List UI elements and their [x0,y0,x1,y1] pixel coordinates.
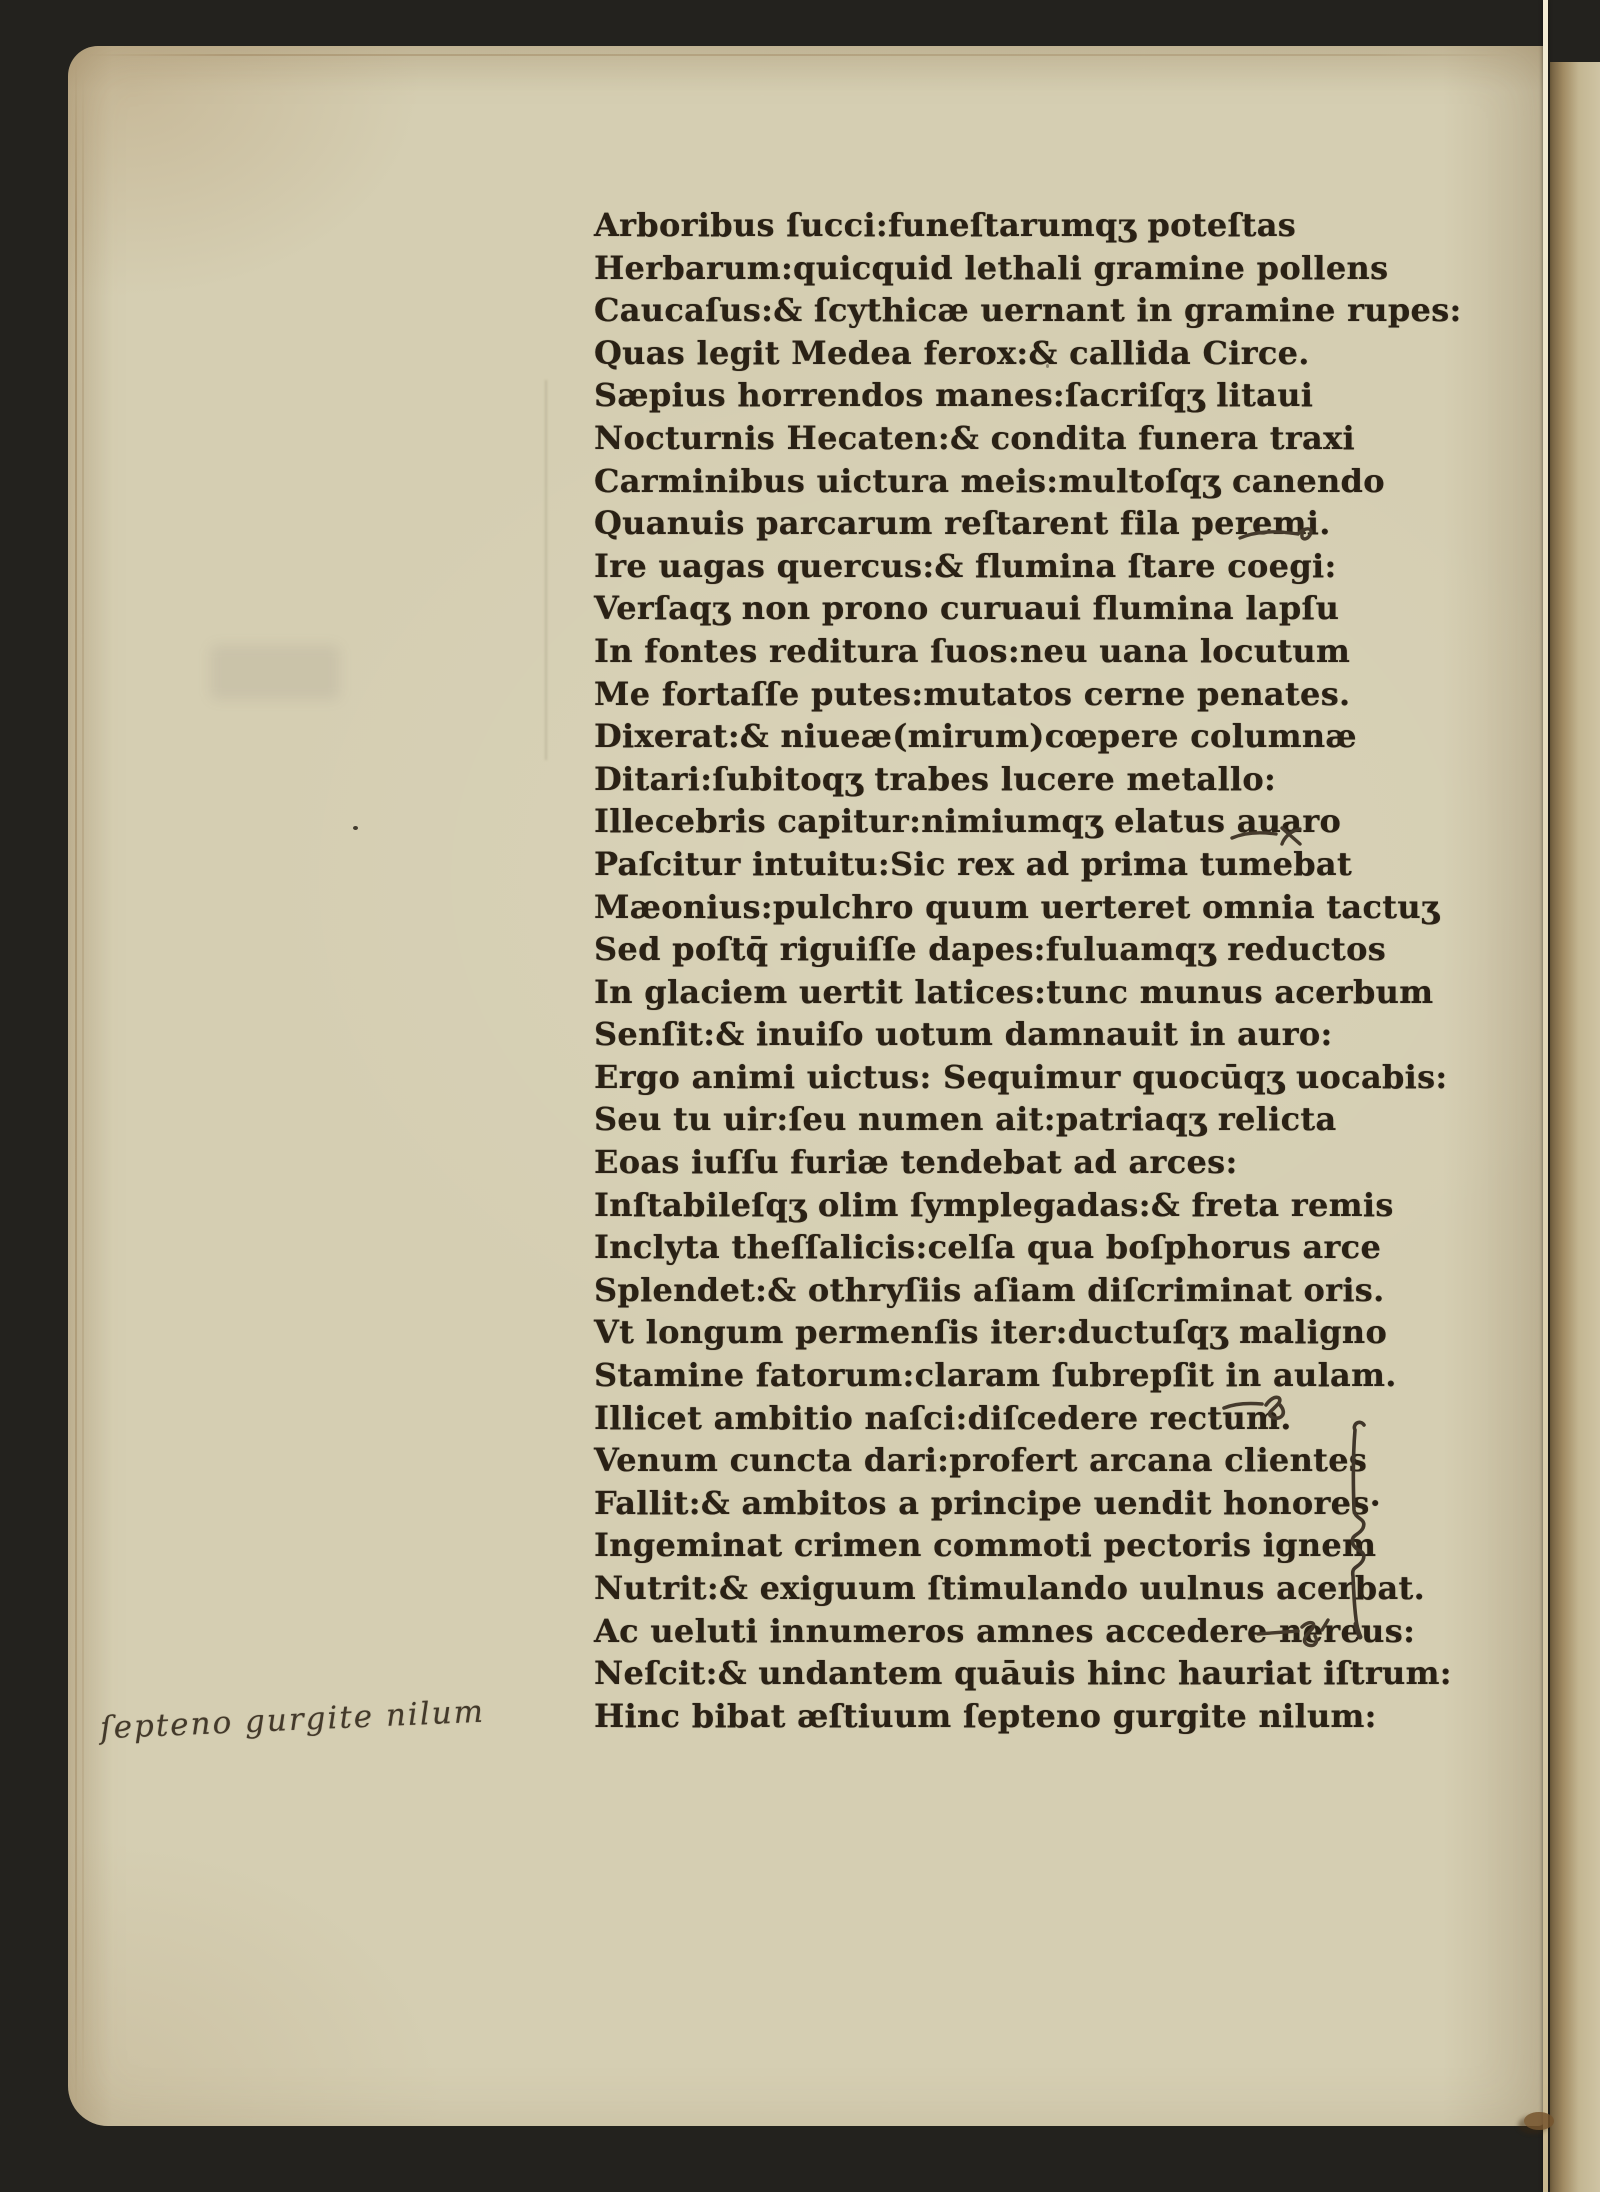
printed-text-line: Arboribus ſucci:funeſtarumqʒ poteſtas [594,204,1364,247]
printed-text-line: Hinc bibat æſtiuum ſepteno gurgite nilum… [594,1695,1364,1738]
printed-text-line: Caucaſus:& ſcythicæ uernant in gramine r… [594,289,1364,332]
ink-showthrough [210,645,340,700]
printed-text-line: Sed poſtq̄ riguiſſe dapes:fuluamqʒ reduc… [594,928,1364,971]
printed-text-line: Ingeminat crimen commoti pectoris ignem [594,1524,1364,1567]
printed-text-block: Arboribus ſucci:funeſtarumqʒ poteſtasHer… [594,204,1364,1737]
sheet-edge-line [86,54,1516,56]
printed-text-line: Me fortaſſe putes:mutatos cerne penates. [594,673,1364,716]
printed-text-line: Ac ueluti innumeros amnes accedere nereu… [594,1610,1364,1653]
spine-glue-spot [1524,2112,1554,2130]
printed-text-line: Nocturnis Hecaten:& condita funera traxi [594,417,1364,460]
printed-text-line: Splendet:& othryſiis aſiam diſcriminat o… [594,1269,1364,1312]
adjacent-page-edge [1550,62,1600,2192]
printed-text-line: In fontes reditura ſuos:neu uana locutum [594,630,1364,673]
printed-text-line: Ditari:ſubitoqʒ trabes lucere metallo: [594,758,1364,801]
ink-speck [353,826,358,830]
printed-text-line: Ergo animi uictus: Sequimur quocūqʒ uoca… [594,1056,1364,1099]
printed-text-line: Inclyta theſſalicis:celſa qua boſphorus … [594,1226,1364,1269]
printed-text-line: Venum cuncta dari:profert arcana cliente… [594,1439,1364,1482]
printed-text-line: Mæonius:pulchro quum uerteret omnia tact… [594,886,1364,929]
margin-flourish-icon [1222,1388,1312,1426]
printed-text-line: Seu tu uir:ſeu numen ait:patriaqʒ relict… [594,1098,1364,1141]
printed-text-line: Herbarum:quicquid lethali gramine pollen… [594,247,1364,290]
printed-text-line: Eoas iuſſu furiæ tendebat ad arces: [594,1141,1364,1184]
printed-text-line: Quas legit Medea ferox:& callida Circe. [594,332,1364,375]
margin-flourish-icon [1230,820,1314,854]
printed-text-line: Verſaqʒ non prono curuaui flumina lapſu [594,587,1364,630]
book-photograph: { "scene": { "background_color": "#23221… [0,0,1600,2192]
printed-text-line: Senſit:& inuiſo uotum damnauit in auro: [594,1013,1364,1056]
printed-text-line: Vt longum permenſis iter:ductuſqʒ malign… [594,1311,1364,1354]
margin-flourish-icon [1256,1614,1344,1660]
sheet-edge-line [75,60,77,2116]
margin-brace-icon [1336,1418,1380,1642]
paper-crease [545,380,547,760]
printed-text-line: Neſcit:& undantem quāuis hinc hauriat iſ… [594,1652,1364,1695]
sheet-edge-line [82,72,84,2106]
gutter-page-edge [1543,0,1548,2192]
printed-text-line: In glaciem uertit latices:tunc munus ace… [594,971,1364,1014]
margin-flourish-icon [1238,518,1324,554]
printed-text-line: Dixerat:& niueæ(mirum)cœpere columnæ [594,715,1364,758]
printed-text-line: Nutrit:& exiguum ſtimulando uulnus acerb… [594,1567,1364,1610]
printed-text-line: Sæpius horrendos manes:ſacriſqʒ litaui [594,374,1364,417]
printed-text-line: Inſtabileſqʒ olim ſymplegadas:& freta re… [594,1184,1364,1227]
printed-text-line: Fallit:& ambitos a principe uendit honor… [594,1482,1364,1525]
printed-text-line: Carminibus uictura meis:multoſqʒ canendo [594,460,1364,503]
